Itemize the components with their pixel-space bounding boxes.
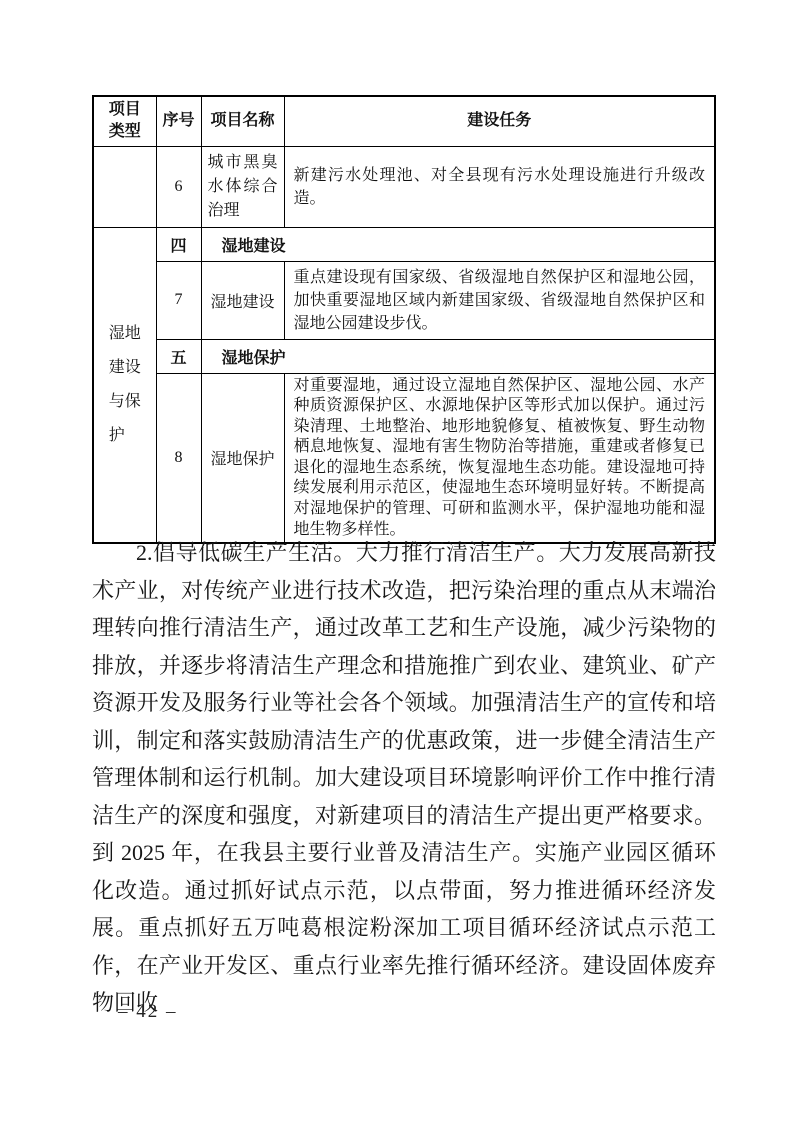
header-task: 建设任务 — [284, 96, 715, 146]
row6-number: 6 — [156, 146, 201, 227]
header-project-type-label: 项目类型 — [109, 99, 141, 143]
document-page: 项目类型 序号 项目名称 建设任务 6 城市黑臭水体综合治理 新建污水处理池、对… — [0, 0, 793, 1122]
row7-project-name: 湿地建设 — [201, 261, 284, 339]
header-project-type: 项目类型 — [93, 96, 156, 146]
category-cell-empty — [93, 146, 156, 227]
row8-task: 对重要湿地，通过设立湿地自然保护区、湿地公园、水产种质资源保护区、水源地保护区等… — [284, 373, 715, 543]
table-section-row-4: 湿地建设与保护 四 湿地建设 — [93, 227, 715, 261]
row7-task: 重点建设现有国家级、省级湿地自然保护区和湿地公园，加快重要湿地区域内新建国家级、… — [284, 261, 715, 339]
section4-title: 湿地建设 — [201, 227, 715, 261]
row6-task: 新建污水处理池、对全县现有污水处理设施进行升级改造。 — [284, 146, 715, 227]
row6-project-name: 城市黑臭水体综合治理 — [201, 146, 284, 227]
table-section-row-5: 五 湿地保护 — [93, 339, 715, 373]
row8-project-name: 湿地保护 — [201, 373, 284, 543]
header-serial: 序号 — [156, 96, 201, 146]
body-paragraph: 2.倡导低碳生产生活。大力推行清洁生产。大力发展高新技术产业，对传统产业进行技术… — [92, 534, 716, 1022]
section4-number: 四 — [156, 227, 201, 261]
table-row-6: 6 城市黑臭水体综合治理 新建污水处理池、对全县现有污水处理设施进行升级改造。 — [93, 146, 715, 227]
table-row-8: 8 湿地保护 对重要湿地，通过设立湿地自然保护区、湿地公园、水产种质资源保护区、… — [93, 373, 715, 543]
page-number: – 42 – — [118, 1001, 178, 1023]
table-row-7: 7 湿地建设 重点建设现有国家级、省级湿地自然保护区和湿地公园，加快重要湿地区域… — [93, 261, 715, 339]
section5-title: 湿地保护 — [201, 339, 715, 373]
header-project-name: 项目名称 — [201, 96, 284, 146]
category-cell-wetland: 湿地建设与保护 — [93, 227, 156, 543]
row8-number: 8 — [156, 373, 201, 543]
category-label: 湿地建设与保护 — [109, 317, 141, 453]
project-table: 项目类型 序号 项目名称 建设任务 6 城市黑臭水体综合治理 新建污水处理池、对… — [92, 95, 716, 544]
section5-number: 五 — [156, 339, 201, 373]
table-header-row: 项目类型 序号 项目名称 建设任务 — [93, 96, 715, 146]
row7-number: 7 — [156, 261, 201, 339]
